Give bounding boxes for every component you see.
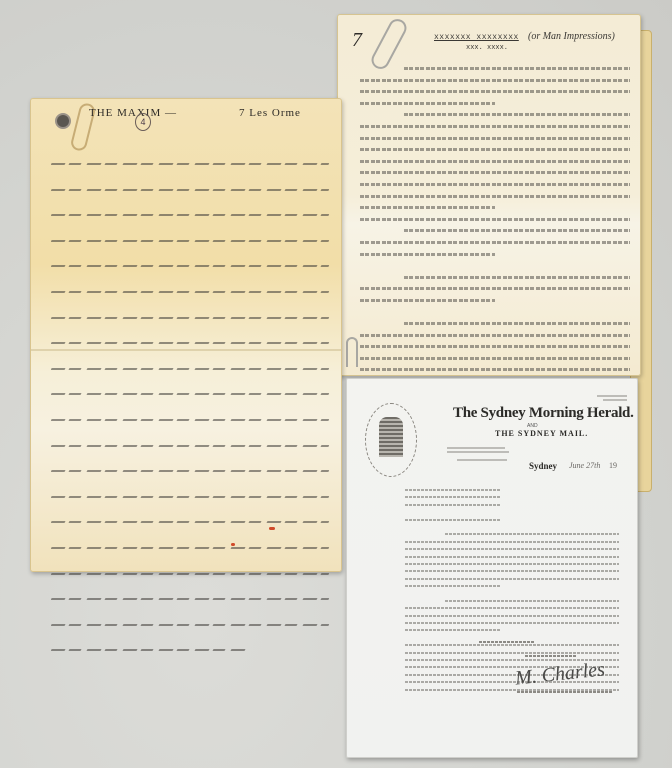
text-line [51, 279, 329, 305]
heading-annotation: (or Man Impressions) [528, 31, 615, 42]
text-line [51, 253, 329, 279]
text-line [405, 576, 619, 583]
text-line [51, 509, 329, 535]
letterhead-fineprint [447, 447, 505, 449]
typed-text-body [360, 63, 630, 376]
author-name: 7 Les Orme [239, 107, 301, 119]
manuscript-subheading: xxx. xxxx. [466, 44, 508, 52]
text-line [405, 494, 619, 501]
text-line [360, 86, 630, 98]
typed-signatory-name [517, 691, 613, 693]
text-line [360, 237, 630, 249]
typed-manuscript-page: 7 xxxxxxx xxxxxxxx (or Man Impressions) … [337, 14, 641, 376]
text-line [360, 121, 630, 133]
text-line [360, 225, 630, 237]
handwritten-text-body [51, 151, 329, 663]
text-line [405, 590, 619, 597]
text-line [51, 407, 329, 433]
text-line [51, 177, 329, 203]
text-line [360, 249, 630, 261]
text-line [360, 295, 630, 307]
text-line [360, 179, 630, 191]
text-line [405, 539, 619, 546]
text-line [405, 554, 619, 561]
text-line [360, 272, 630, 284]
handwritten-manuscript-page: THE MAXIM — 4 7 Les Orme ...your face an… [30, 98, 342, 572]
letter-closing-line [479, 641, 535, 643]
text-line [405, 517, 619, 524]
text-line [51, 586, 329, 612]
text-line [360, 191, 630, 203]
letterhead-fineprint [603, 399, 627, 401]
text-line [51, 535, 329, 561]
text-line [360, 109, 630, 121]
text-line [51, 151, 329, 177]
text-line [360, 260, 630, 272]
red-ink-mark [231, 543, 235, 546]
text-line [360, 202, 630, 214]
text-line [360, 98, 630, 110]
text-line [405, 642, 619, 649]
punch-hole [57, 115, 69, 127]
text-line [51, 637, 329, 663]
text-line [405, 627, 619, 634]
text-line [405, 509, 619, 516]
text-line [360, 283, 630, 295]
building-emblem-icon [365, 403, 417, 477]
text-line [405, 561, 619, 568]
circled-page-number: 4 [135, 113, 151, 131]
manuscript-heading: xxxxxxx xxxxxxxx [434, 33, 519, 42]
red-ink-mark [269, 527, 275, 530]
letter-date: June 27th [569, 461, 600, 470]
text-line [405, 487, 619, 494]
text-line [360, 364, 630, 376]
text-line [51, 433, 329, 459]
manuscript-title: THE MAXIM — [89, 107, 177, 119]
letterhead-masthead: The Sydney Morning Herald. [453, 405, 634, 422]
text-line [405, 613, 619, 620]
letter-place: Sydney [529, 461, 557, 471]
page-number-annotation: 7 [352, 29, 362, 52]
text-line [405, 524, 619, 531]
letterhead-fineprint [597, 395, 627, 397]
newspaper-letter: The Sydney Morning Herald. AND THE SYDNE… [346, 378, 638, 758]
text-line [360, 318, 630, 330]
text-line [405, 583, 619, 590]
text-line [405, 502, 619, 509]
text-line [360, 156, 630, 168]
text-line [360, 167, 630, 179]
text-line [360, 353, 630, 365]
text-line [405, 531, 619, 538]
text-line [360, 214, 630, 226]
text-line [405, 546, 619, 553]
letter-valediction [525, 655, 577, 657]
text-line [51, 561, 329, 587]
text-line [51, 484, 329, 510]
letterhead-subtitle: THE SYDNEY MAIL. [495, 429, 588, 438]
text-line [51, 381, 329, 407]
text-line [405, 620, 619, 627]
text-line [360, 341, 630, 353]
text-line [51, 612, 329, 638]
text-line [360, 63, 630, 75]
letterhead-fineprint [457, 459, 507, 461]
text-line [51, 356, 329, 382]
text-line [405, 650, 619, 657]
handwriting-fragment: ...your face and ... [71, 115, 72, 116]
text-line [360, 306, 630, 318]
text-line [51, 202, 329, 228]
text-line [405, 605, 619, 612]
text-line [405, 568, 619, 575]
text-line [51, 228, 329, 254]
fold-crease [31, 349, 341, 351]
text-line [51, 330, 329, 356]
text-line [360, 75, 630, 87]
letter-year: 19 [609, 461, 617, 470]
text-line [51, 458, 329, 484]
text-line [360, 330, 630, 342]
text-line [360, 133, 630, 145]
letterhead-fineprint [447, 451, 509, 453]
text-line [51, 305, 329, 331]
text-line [405, 598, 619, 605]
text-line [360, 144, 630, 156]
paperclip-icon [346, 337, 358, 367]
